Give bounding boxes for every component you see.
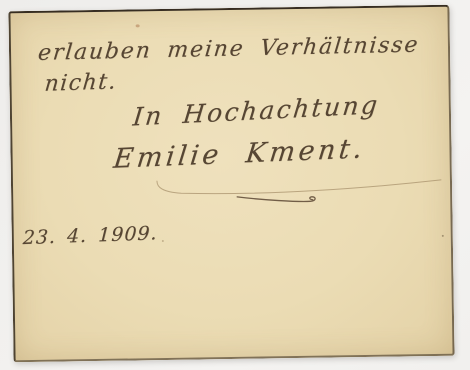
paper-speck: [442, 235, 444, 237]
handwriting-line-2: nicht.: [43, 68, 118, 98]
paper-speck: [136, 24, 140, 27]
handwriting-line-1: erlauben meine Verhältnisse: [37, 32, 421, 68]
closing-salutation: In Hochachtung: [131, 89, 381, 133]
autograph-card: erlauben meine Verhältnisse nicht. In Ho…: [8, 5, 454, 363]
scan-backdrop: erlauben meine Verhältnisse nicht. In Ho…: [0, 0, 470, 370]
date-inscription: 23. 4. 1909.: [22, 222, 158, 251]
signature-flourish: [113, 176, 454, 221]
signature: Emilie Kment.: [112, 132, 368, 176]
paper-speck: [162, 240, 164, 242]
